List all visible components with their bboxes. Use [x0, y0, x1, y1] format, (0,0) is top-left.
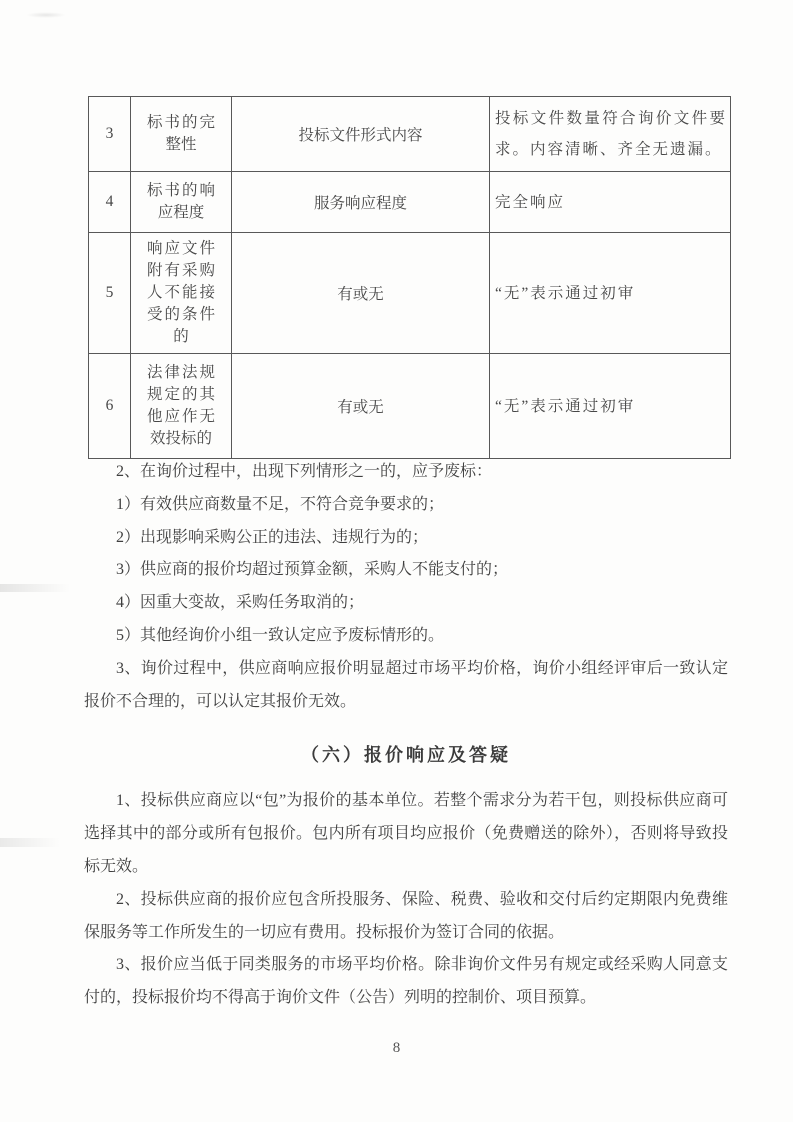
- criteria-name: 响应文件附有采购人不能接受的条件的: [131, 233, 232, 354]
- evaluation-standard: “无”表示通过初审: [490, 354, 731, 459]
- quote-paragraph: 1、投标供应商应以“包”为报价的基本单位。若整个需求分为若干包，则投标供应商可选…: [84, 785, 728, 883]
- waste-bid-item: 1）有效供应商数量不足，不符合竞争要求的；: [84, 489, 728, 522]
- scan-smudge: [0, 838, 60, 847]
- evaluation-content: 有或无: [232, 233, 490, 354]
- evaluation-content: 投标文件形式内容: [232, 97, 490, 172]
- evaluation-standard: “无”表示通过初审: [490, 233, 731, 354]
- waste-bid-item: 4）因重大变故，采购任务取消的；: [84, 587, 728, 620]
- scan-smudge: [26, 12, 66, 18]
- waste-bid-item: 3）供应商的报价均超过预算金额，采购人不能支付的；: [84, 554, 728, 587]
- table-row: 6 法律法规规定的其他应作无效投标的 有或无 “无”表示通过初审: [89, 354, 731, 459]
- table-row: 4 标书的响应程度 服务响应程度 完全响应: [89, 172, 731, 233]
- scan-smudge: [0, 584, 70, 592]
- quote-paragraph: 3、报价应当低于同类服务的市场平均价格。除非询价文件另有规定或经采购人同意支付的…: [84, 949, 728, 1015]
- waste-bid-intro: 2、在询价过程中，出现下列情形之一的，应予废标：: [84, 456, 728, 489]
- table-row: 5 响应文件附有采购人不能接受的条件的 有或无 “无”表示通过初审: [89, 233, 731, 354]
- body-text: 2、在询价过程中，出现下列情形之一的，应予废标： 1）有效供应商数量不足，不符合…: [84, 456, 728, 1015]
- criteria-name: 标书的完整性: [131, 97, 232, 172]
- document-page: 3 标书的完整性 投标文件形式内容 投标文件数量符合询价文件要求。内容清晰、齐全…: [0, 0, 793, 1122]
- evaluation-criteria-table: 3 标书的完整性 投标文件形式内容 投标文件数量符合询价文件要求。内容清晰、齐全…: [88, 96, 731, 459]
- evaluation-content: 有或无: [232, 354, 490, 459]
- section-heading: （六）报价响应及答疑: [84, 739, 728, 772]
- table-row: 3 标书的完整性 投标文件形式内容 投标文件数量符合询价文件要求。内容清晰、齐全…: [89, 97, 731, 172]
- evaluation-standard: 完全响应: [490, 172, 731, 233]
- waste-bid-closing: 3、询价过程中，供应商响应报价明显超过市场平均价格，询价小组经评审后一致认定报价…: [84, 653, 728, 719]
- criteria-name: 标书的响应程度: [131, 172, 232, 233]
- criteria-number: 6: [89, 354, 131, 459]
- criteria-name: 法律法规规定的其他应作无效投标的: [131, 354, 232, 459]
- criteria-number: 3: [89, 97, 131, 172]
- evaluation-content: 服务响应程度: [232, 172, 490, 233]
- waste-bid-item: 2）出现影响采购公正的违法、违规行为的；: [84, 522, 728, 555]
- criteria-number: 5: [89, 233, 131, 354]
- page-number: 8: [0, 1040, 793, 1057]
- waste-bid-item: 5）其他经询价小组一致认定应予废标情形的。: [84, 620, 728, 653]
- criteria-number: 4: [89, 172, 131, 233]
- evaluation-standard: 投标文件数量符合询价文件要求。内容清晰、齐全无遗漏。: [490, 97, 731, 172]
- quote-paragraph: 2、投标供应商的报价应包含所投服务、保险、税费、验收和交付后约定期限内免费维保服…: [84, 884, 728, 950]
